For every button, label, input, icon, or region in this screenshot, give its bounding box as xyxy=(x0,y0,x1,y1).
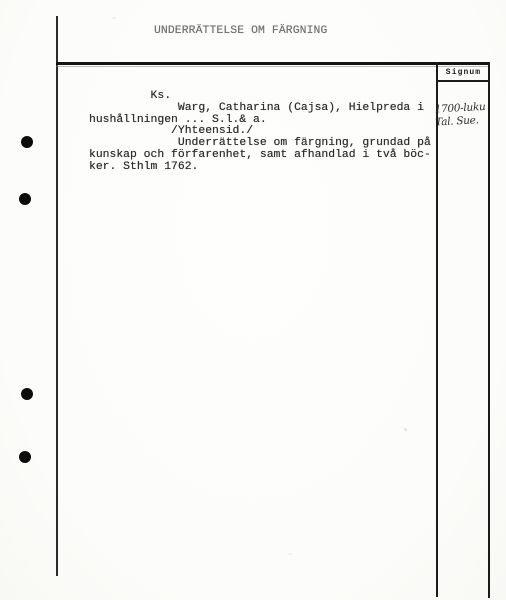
signum-column-header: Signum xyxy=(436,63,490,81)
catalog-card-scan: UNDERRÄTTELSE OM FÄRGNING Signum 1700-lu… xyxy=(0,0,506,600)
left-margin-rule xyxy=(56,16,58,576)
signum-value-line-2: Tal. Sue. xyxy=(435,113,494,129)
punch-hole xyxy=(21,136,33,148)
card-top-rule-echo xyxy=(56,66,490,67)
entry-line-author: Warg, Catharina (Cajsa), Hielpreda i xyxy=(89,103,431,115)
entry-line-work-title: Underrättelse om färgning, grundad på xyxy=(89,138,431,150)
entry-line-classification: Ks. xyxy=(89,91,431,103)
entry-line-imprint: ker. Sthlm 1762. xyxy=(89,162,431,174)
scan-speck xyxy=(288,553,293,555)
scan-speck xyxy=(112,17,116,19)
punch-hole xyxy=(19,193,31,205)
page-title: UNDERRÄTTELSE OM FÄRGNING xyxy=(154,25,327,37)
punch-hole xyxy=(21,388,33,400)
signum-column-right-rule xyxy=(488,62,490,598)
entry-line-work-title-continuation: kunskap och förfarenhet, samt afhandlad … xyxy=(89,150,431,162)
punch-hole xyxy=(19,451,31,463)
signum-column-left-rule xyxy=(436,62,438,597)
catalog-entry-text: Ks. Warg, Catharina (Cajsa), Hielpreda i… xyxy=(89,91,431,173)
scan-speck xyxy=(404,428,407,431)
signum-handwritten-value: 1700-luku Tal. Sue. xyxy=(434,101,493,130)
card-top-rule xyxy=(56,62,490,65)
